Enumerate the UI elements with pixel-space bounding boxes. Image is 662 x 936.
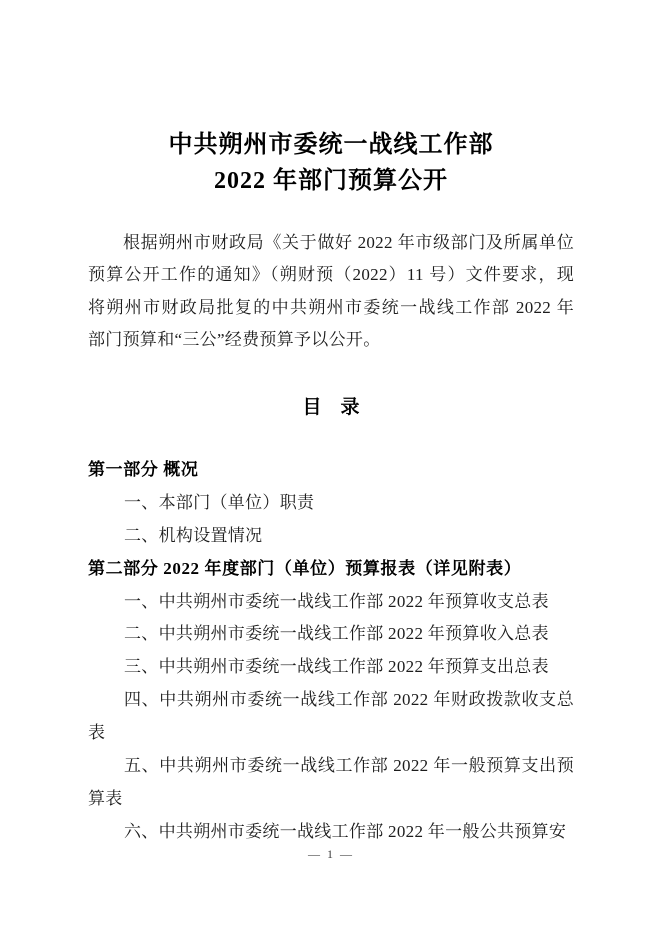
toc-item: 五、中共朔州市委统一战线工作部 2022 年一般预算支出预 (88, 750, 574, 783)
toc-item-continuation: 表 (88, 717, 574, 750)
page-number: — 1 — (0, 846, 662, 862)
toc-item: 六、中共朔州市委统一战线工作部 2022 年一般公共预算安 (88, 816, 574, 849)
intro-line-2: 预算公开工作的通知》（朔财预（2022）11 号）文件要求，现 (88, 259, 574, 291)
intro-line-4: 部门预算和“三公”经费预算予以公开。 (88, 324, 574, 356)
toc-list: 第一部分 概况 一、本部门（单位）职责 二、机构设置情况 第二部分 2022 年… (88, 454, 574, 849)
intro-line-3: 将朔州市财政局批复的中共朔州市委统一战线工作部 2022 年 (88, 292, 574, 324)
toc-item: 四、中共朔州市委统一战线工作部 2022 年财政拨款收支总 (88, 684, 574, 717)
toc-section-1: 第一部分 概况 (88, 454, 574, 487)
toc-item-continuation: 算表 (88, 783, 574, 816)
toc-item: 一、中共朔州市委统一战线工作部 2022 年预算收支总表 (88, 586, 574, 619)
toc-item: 二、中共朔州市委统一战线工作部 2022 年预算收入总表 (88, 618, 574, 651)
toc-item: 三、中共朔州市委统一战线工作部 2022 年预算支出总表 (88, 651, 574, 684)
document-title-line1: 中共朔州市委统一战线工作部 (0, 127, 662, 163)
toc-heading: 目 录 (0, 395, 662, 421)
toc-item: 二、机构设置情况 (88, 520, 574, 553)
intro-line-1: 根据朔州市财政局《关于做好 2022 年市级部门及所属单位 (88, 227, 574, 259)
toc-item: 一、本部门（单位）职责 (88, 487, 574, 520)
document-page: 中共朔州市委统一战线工作部 2022 年部门预算公开 根据朔州市财政局《关于做好… (0, 0, 662, 936)
document-title: 中共朔州市委统一战线工作部 2022 年部门预算公开 (0, 127, 662, 199)
document-title-line2: 2022 年部门预算公开 (0, 163, 662, 199)
intro-paragraph: 根据朔州市财政局《关于做好 2022 年市级部门及所属单位 预算公开工作的通知》… (88, 227, 574, 357)
toc-section-2: 第二部分 2022 年度部门（单位）预算报表（详见附表） (88, 553, 574, 586)
